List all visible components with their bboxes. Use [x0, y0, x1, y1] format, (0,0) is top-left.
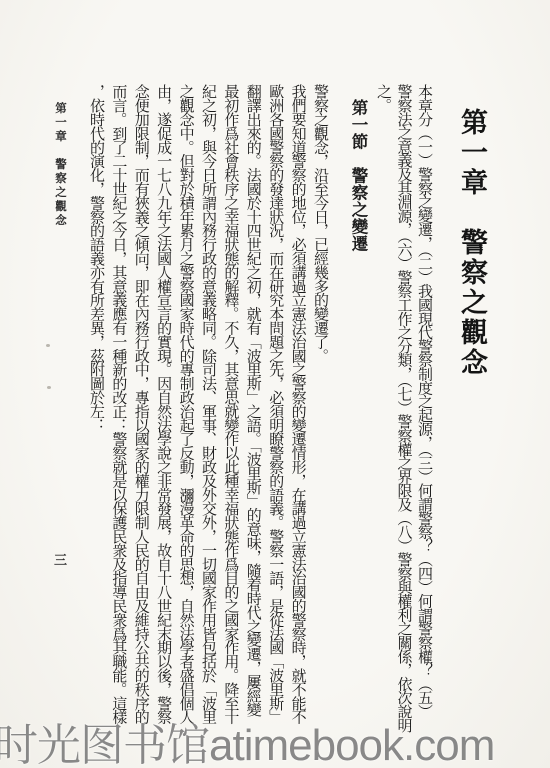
text-column: 紀之初，與今日所謂內務行政的意義略同。除司法、軍事、財政及外交外，一切國家作用皆… [197, 84, 219, 742]
section-title: 第一節 警察之變遷 [346, 99, 370, 252]
text-column: 翻譯出來的。法國於十四世紀之初，就有「波里斯」之語。「波里斯」的意味，隨着時代之… [241, 84, 263, 742]
text-column: 我們要知道警察的地位，必須講過立憲法治國之警察的變遷情形，在講過立憲法治國的警察… [286, 84, 308, 742]
running-header: 第一章 警察之觀念 [52, 102, 68, 228]
text-column: 本章分（一）警察之變遷，（二）我國現代警察制度之起源，（三）何謂警察？（四）何謂… [414, 84, 435, 768]
text-column: 由，遂促成一七八九年之法國人權宣言的實現。因自然法學說之非常發展，故自十八世紀末… [152, 84, 174, 742]
text-column: 歐洲各國警察的發達狀況，而在研究本問題之先，必須明瞭警察的語義。警察一語，是從法… [264, 84, 286, 742]
text-column: 之。 [373, 84, 394, 768]
text-column: ，依時代的演化，警察的語義亦有所差異，茲附圖於左： [85, 84, 107, 742]
book-page: 第一章 警察之觀念 本章分（一）警察之變遷，（二）我國現代警察制度之起源，（三）… [0, 0, 550, 768]
text-column: 而言。到了二十世紀之今日，其意義應有一種新的改正：警察就是以保護民衆及指導民衆爲… [107, 84, 129, 742]
text-column: 警察法之意義及其淵源，（六）警察工作之分類，（七）警察權之界限及（八）警察與權利… [393, 84, 414, 768]
body-text: 警察之觀念，沿至今日，已經幾多的變遷了。我們要知道警察的地位，必須講過立憲法治國… [85, 84, 331, 742]
chapter-intro-paragraph: 本章分（一）警察之變遷，（二）我國現代警察制度之起源，（三）何謂警察？（四）何謂… [373, 84, 435, 768]
text-column: 警察之觀念，沿至今日，已經幾多的變遷了。 [309, 84, 331, 742]
text-column: 念便加限制，而有狹義之傾向，即在內務行政中，專指以國家的權力限制人民的自由及維持… [129, 84, 151, 742]
scan-speck [46, 344, 50, 347]
page-number: 三 [50, 553, 69, 566]
text-column: 最初作爲社會秩序之幸福狀態的解釋。不久，其意思就變作以此種幸福狀態作爲目的之國家… [219, 84, 241, 742]
watermark: 时光图书馆atimebook.com [0, 709, 494, 768]
chapter-title: 第一章 警察之觀念 [453, 108, 492, 378]
text-column: 之觀念中。但對於積年累月之警察國家時代的專制政治起了反動，瀰漫革命的思想，自然法… [174, 84, 196, 742]
scan-speck [47, 386, 51, 389]
